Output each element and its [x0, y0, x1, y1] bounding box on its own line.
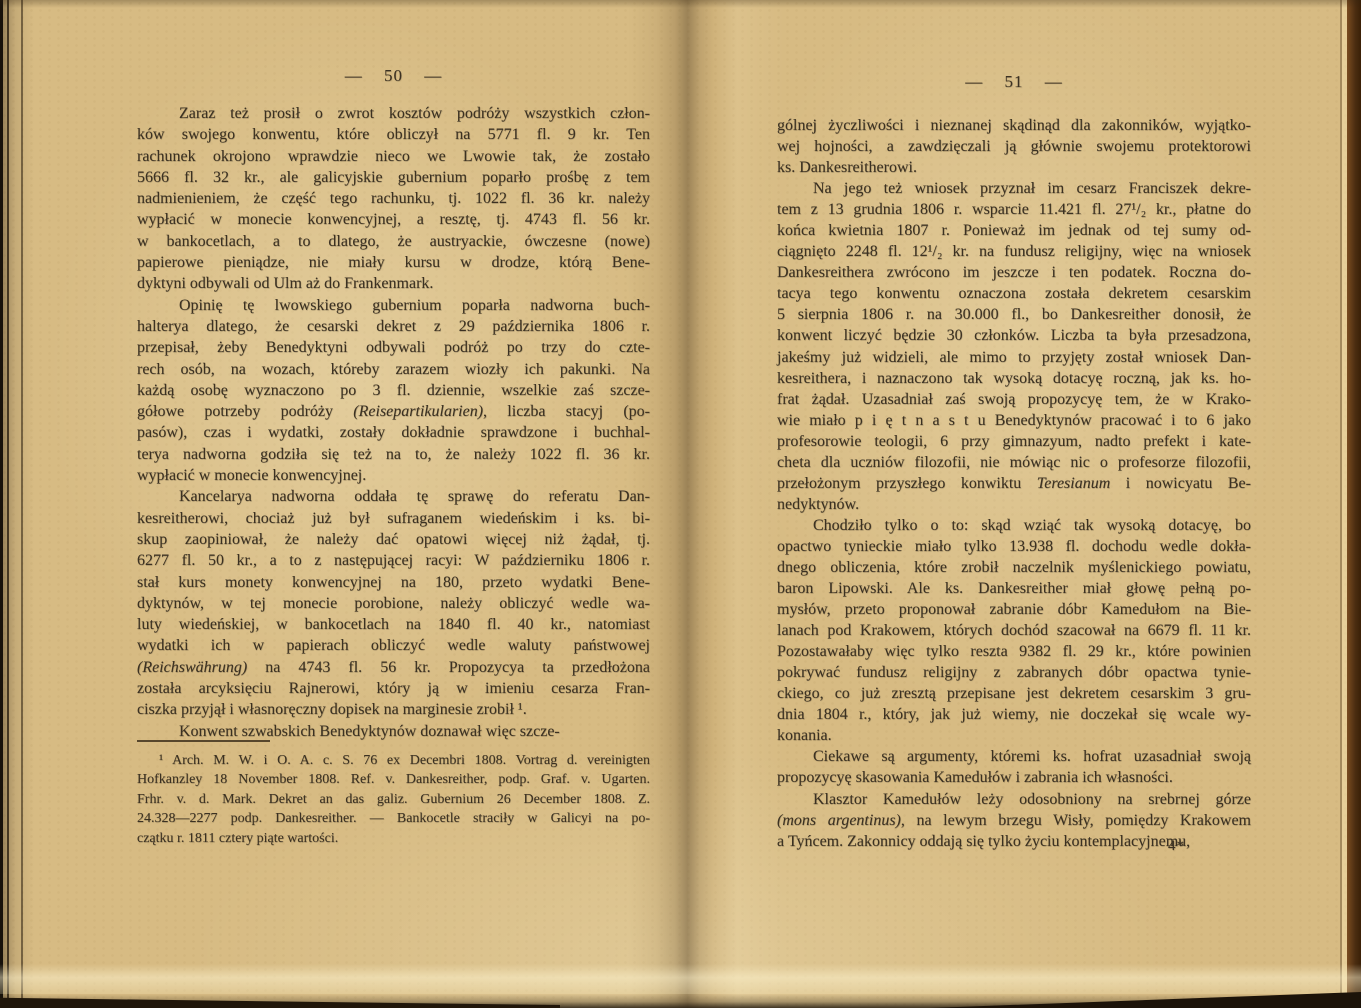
text-line: mysłów, przeto proponował zabranie dóbr … — [777, 599, 1251, 620]
right-page-edge-highlight — [1342, 0, 1347, 1008]
text-line: skup zaopiniował, że należy dać opatowi … — [137, 529, 650, 550]
text-line: ków swojego konwentu, które obliczył na … — [137, 124, 650, 145]
book-scan: — 50 — Zaraz też prosił o zwrot kosztów … — [0, 0, 1361, 1008]
text-line: jakeśmy już widzieli, ale mimo to przyję… — [777, 347, 1251, 368]
page-right-body: gólnej życzliwości i nieznanej skądinąd … — [777, 115, 1251, 852]
bottom-right-shadow-wedge — [931, 992, 1361, 1008]
text-line: terya nadworna godziła się też na to, że… — [137, 444, 650, 465]
text-line: 6277 fl. 50 kr., a to z następującej rac… — [137, 550, 650, 571]
text-line: Hofkanzley 18 November 1808. Ref. v. Dan… — [137, 770, 650, 789]
bottom-edge-shadow — [0, 994, 1361, 1008]
text-line: Pozostawałaby więc tylko reszta 9382 fl.… — [777, 641, 1251, 662]
right-cover-strip — [1347, 0, 1361, 1008]
bottom-left-shadow-wedge — [0, 996, 560, 1008]
page-right: — 51 — gólnej życzliwości i nieznanej sk… — [777, 72, 1251, 852]
bottom-page-edge-highlight — [0, 964, 1361, 994]
text-line: przełożonym przyszłego konwiktu Teresian… — [777, 473, 1251, 494]
signature-mark: 4* — [1168, 838, 1185, 855]
text-line: dyktynów, w tej monecie porobione, należ… — [137, 593, 650, 614]
left-edge-dark-strip — [0, 0, 3, 1008]
text-line: rech osób, na wozach, któreby zarazem wi… — [137, 359, 650, 380]
text-line: w bankocetlach, a to dlatego, że austrya… — [137, 231, 650, 252]
text-line: 5 sierpnia 1806 r. na 30.000 fl., bo Dan… — [777, 304, 1251, 325]
text-line: konwent liczyć będzie 30 członków. Liczb… — [777, 325, 1251, 346]
text-line: rachunek okrojono wprawdzie nieco we Lwo… — [137, 146, 650, 167]
text-line: Klasztor Kamedułów leży odosobniony na s… — [777, 789, 1251, 810]
text-line: dyktyni odbywali od Ulm aż do Frankenmar… — [137, 273, 650, 294]
text-line: nadmienieniem, że część tego rachunku, t… — [137, 188, 650, 209]
text-line: każdą osobę wyznaczono po 3 fl. dziennie… — [137, 380, 650, 401]
paragraph: gólnej życzliwości i nieznanej skądinąd … — [777, 115, 1251, 178]
paragraph: Opinię tę lwowskiego gubernium poparła n… — [137, 295, 650, 487]
text-line: (Reichswährung) na 4743 fl. 56 kr. Propo… — [137, 657, 650, 678]
text-line: gólnej życzliwości i nieznanej skądinąd … — [777, 115, 1251, 136]
text-line: opactwo tynieckie miało tylko 13.938 fl.… — [777, 536, 1251, 557]
paragraph: Chodziło tylko o to: skąd wziąć tak wyso… — [777, 515, 1251, 747]
paragraph: Kancelarya nadworna oddała tę sprawę do … — [137, 486, 650, 720]
text-line: pasów), czas i wydatki, zostały dokładni… — [137, 422, 650, 443]
text-line: kesreitherowi, chociaż już był sufragane… — [137, 508, 650, 529]
gutter-shadow — [628, 0, 784, 1008]
paragraph: Zaraz też prosił o zwrot kosztów podróży… — [137, 103, 650, 295]
paragraph: ¹ Arch. M. W. i O. A. c. S. 76 ex Decemb… — [137, 751, 650, 848]
text-line: halterya dlatego, że cesarski dekret z 2… — [137, 316, 650, 337]
text-line: Chodziło tylko o to: skąd wziąć tak wyso… — [777, 515, 1251, 536]
text-line: wypłacić w monecie konwencyjnej. — [137, 465, 650, 486]
text-line: konania. — [777, 725, 1251, 746]
text-line: wydatki ich w papierach obliczyć wedle w… — [137, 635, 650, 656]
text-line: propozycyę skasowania Kamedułów i zabran… — [777, 767, 1251, 788]
text-line: papierowe pieniądze, nie miały kursu w d… — [137, 252, 650, 273]
text-line: tem z 13 grudnia 1806 r. wsparcie 11.421… — [777, 199, 1251, 220]
text-line: frat żądał. Uzasadniał zaś swoją propozy… — [777, 389, 1251, 410]
text-line: Frhr. v. d. Mark. Dekret an das galiz. G… — [137, 790, 650, 809]
page-left: — 50 — Zaraz też prosił o zwrot kosztów … — [137, 66, 650, 742]
right-page-edge-seam — [1340, 0, 1342, 1008]
text-line: Konwent szwabskich Benedyktynów doznawał… — [137, 721, 650, 742]
text-line: dnia 1804 r., który, jak już wiemy, nie … — [777, 704, 1251, 725]
text-line: Kancelarya nadworna oddała tę sprawę do … — [137, 486, 650, 507]
text-line: (mons argentinus), na lewym brzegu Wisły… — [777, 810, 1251, 831]
top-edge-shadow — [0, 0, 1361, 8]
text-line: tacya tego konwentu oznaczona została de… — [777, 283, 1251, 304]
text-line: końca kwietnia 1807 r. Ponieważ im jedna… — [777, 220, 1251, 241]
footnote-separator — [137, 740, 270, 742]
text-line: pokrywać fundusz religijny z zabranych d… — [777, 662, 1251, 683]
text-line: Zaraz też prosił o zwrot kosztów podróży… — [137, 103, 650, 124]
paragraph: Konwent szwabskich Benedyktynów doznawał… — [137, 721, 650, 742]
text-line: ciągnięto 2248 fl. 12¹/₂ kr. na fundusz … — [777, 241, 1251, 262]
left-edge-shade — [0, 0, 34, 1008]
text-line: Ciekawe są argumenty, któremi ks. hofrat… — [777, 746, 1251, 767]
text-line: baron Lipowski. Ale ks. Dankesreither mi… — [777, 578, 1251, 599]
text-line: stał kurs monety konwencyjnej na 180, pr… — [137, 572, 650, 593]
text-line: gółowe potrzeby podróży (Reisepartikular… — [137, 401, 650, 422]
text-line: ks. Dankesreitherowi. — [777, 157, 1251, 178]
text-line: czątku r. 1811 cztery piąte wartości. — [137, 829, 650, 848]
page-number-right: — 51 — — [777, 72, 1251, 92]
page-left-body: Zaraz też prosił o zwrot kosztów podróży… — [137, 103, 650, 742]
paragraph: Ciekawe są argumenty, któremi ks. hofrat… — [777, 746, 1251, 788]
text-line: Dankesreithera zwrócono im jeszcze i ten… — [777, 262, 1251, 283]
paragraph: Na jego też wniosek przyznał im cesarz F… — [777, 178, 1251, 515]
left-page-edge-line-inner — [21, 0, 23, 1008]
text-line: cheta dla uczniów filozofii, nie mówiąc … — [777, 452, 1251, 473]
text-line: 5666 fl. 32 kr., ale galicyjskie guberni… — [137, 167, 650, 188]
text-line: kesreithera, i naznaczono tak wysoką dot… — [777, 368, 1251, 389]
text-line: przepisał, żeby Benedyktyni odbywali pod… — [137, 337, 650, 358]
text-line: ¹ Arch. M. W. i O. A. c. S. 76 ex Decemb… — [137, 751, 650, 770]
text-line: profesorowie teologii, 6 przy gimnazyum,… — [777, 431, 1251, 452]
footnote: ¹ Arch. M. W. i O. A. c. S. 76 ex Decemb… — [137, 751, 650, 848]
text-line: ciszka przyjął i własnoręczny dopisek na… — [137, 699, 650, 720]
page-number-left: — 50 — — [137, 66, 650, 86]
text-line: ckiego, co już zresztą przepisane jest d… — [777, 683, 1251, 704]
text-line: wie miało p i ę t n a s t u Benedyktynów… — [777, 410, 1251, 431]
left-page-edge-line — [7, 0, 9, 1008]
text-line: 24.328—2277 podp. Dankesreither. — Banko… — [137, 809, 650, 828]
text-line: nedyktynów. — [777, 494, 1251, 515]
text-line: wypłacić w monecie konwencyjnej, a reszt… — [137, 209, 650, 230]
text-line: została arcyksięciu Rajnerowi, który ją … — [137, 678, 650, 699]
text-line: Na jego też wniosek przyznał im cesarz F… — [777, 178, 1251, 199]
text-line: luty wiedeńskiej, w bankocetlach na 1840… — [137, 614, 650, 635]
text-line: lanach pod Krakowem, których dochód szac… — [777, 620, 1251, 641]
text-line: dnego obliczenia, które zrobił naczelnik… — [777, 557, 1251, 578]
text-line: wej hojności, a zawdzięczali ją głównie … — [777, 136, 1251, 157]
text-line: Opinię tę lwowskiego gubernium poparła n… — [137, 295, 650, 316]
